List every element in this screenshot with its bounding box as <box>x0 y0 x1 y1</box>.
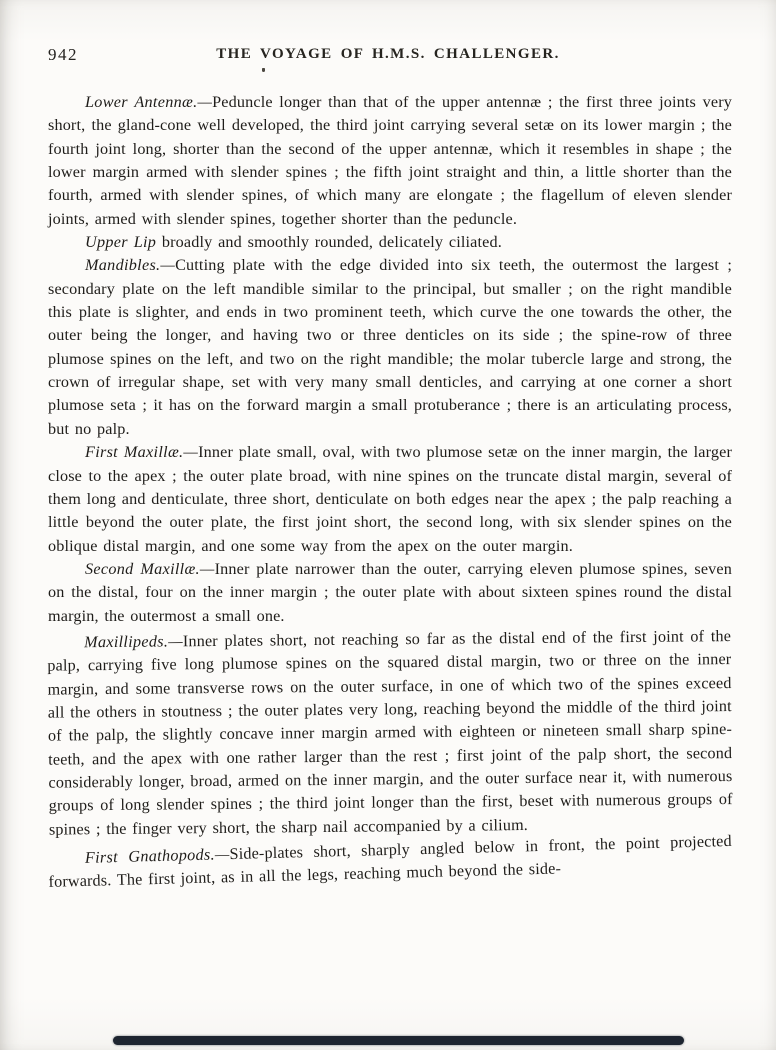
scan-speck <box>262 68 265 72</box>
page-title: THE VOYAGE OF H.M.S. CHALLENGER. <box>0 46 776 63</box>
running-head: 942 THE VOYAGE OF H.M.S. CHALLENGER. <box>0 44 776 66</box>
paragraph-lead: Maxillipeds.— <box>84 632 183 651</box>
paragraph: Lower Antennæ.—Peduncle longer than that… <box>48 91 732 231</box>
paragraph-lead: First Maxillæ.— <box>85 443 198 461</box>
paragraph: Maxillipeds.—Inner plates short, not rea… <box>47 625 733 842</box>
paragraph-text: Cutting plate with the edge divided into… <box>48 256 732 437</box>
paragraph: First Maxillæ.—Inner plate small, oval, … <box>48 441 732 558</box>
paragraph: Upper Lip broadly and smoothly rounded, … <box>48 231 732 254</box>
page-body: Lower Antennæ.—Peduncle longer than that… <box>48 91 732 885</box>
paragraph-text: broadly and smoothly rounded, delicately… <box>156 233 502 251</box>
paragraph: Second Maxillæ.—Inner plate narrower tha… <box>48 558 732 628</box>
paragraph-lead: Mandibles.— <box>85 256 175 274</box>
scanned-book-page: 942 THE VOYAGE OF H.M.S. CHALLENGER. Low… <box>0 0 776 1050</box>
paragraph: Mandibles.—Cutting plate with the edge d… <box>48 254 732 441</box>
paragraph-lead: Lower Antennæ.— <box>85 93 212 111</box>
paragraph-text: Peduncle longer than that of the upper a… <box>48 93 732 228</box>
paragraph-lead: Upper Lip <box>85 233 156 251</box>
scan-artifact-bar <box>113 1036 684 1045</box>
paragraph-lead: Second Maxillæ.— <box>85 560 215 578</box>
paragraph-lead: First Gnathopods.— <box>85 845 230 867</box>
paragraph-text: Inner plates short, not reaching so far … <box>47 627 732 838</box>
